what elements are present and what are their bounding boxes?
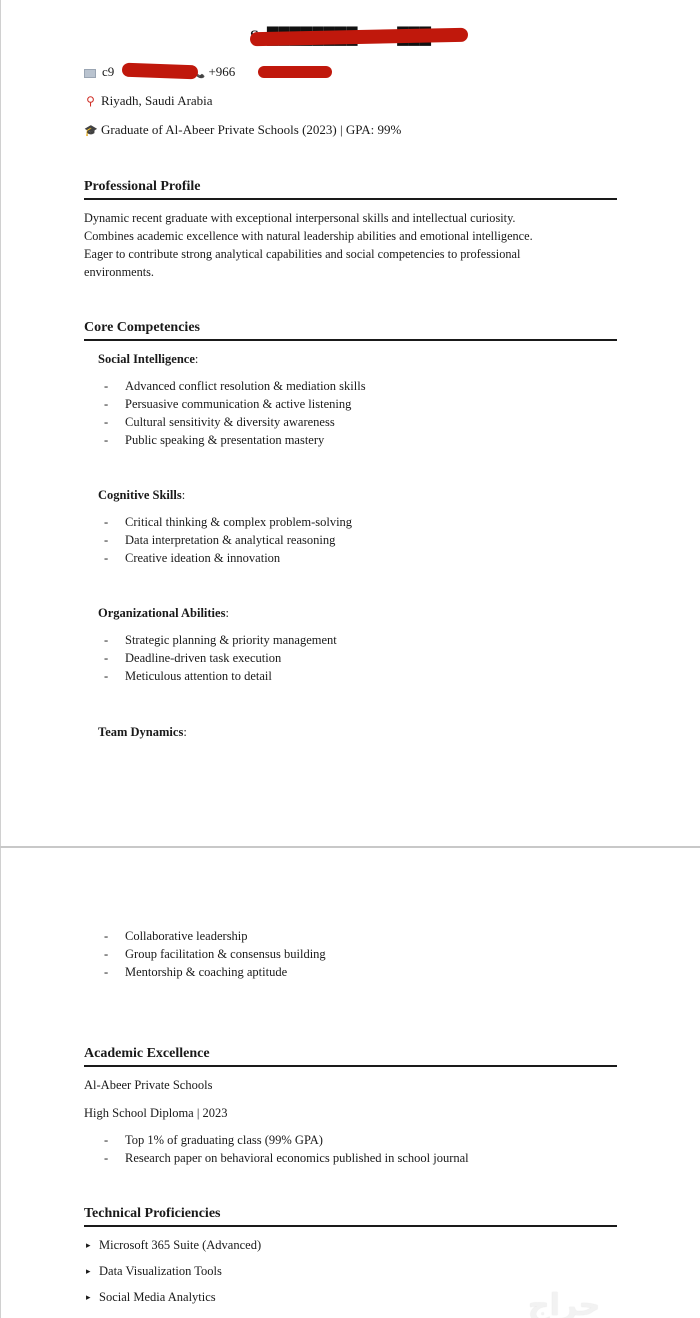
page-break	[0, 846, 700, 848]
academic-rule	[84, 1065, 617, 1067]
email-partial: c9	[102, 64, 114, 79]
list-item: Cultural sensitivity & diversity awarene…	[104, 413, 366, 431]
page-edge-bottom	[0, 848, 1, 1318]
profile-line: Eager to contribute strong analytical ca…	[84, 245, 614, 263]
profile-line: Combines academic excellence with natura…	[84, 227, 614, 245]
profile-rule	[84, 198, 617, 200]
list-item: Creative ideation & innovation	[104, 549, 352, 567]
list-item: Critical thinking & complex problem-solv…	[104, 513, 352, 531]
technical-list: Microsoft 365 Suite (Advanced) Data Visu…	[86, 1237, 261, 1315]
list-item: Strategic planning & priority management	[104, 631, 337, 649]
school-name: Al-Abeer Private Schools	[84, 1077, 212, 1093]
list-item: Microsoft 365 Suite (Advanced)	[86, 1237, 261, 1253]
competencies-rule	[84, 339, 617, 341]
list-item: Research paper on behavioral economics p…	[104, 1149, 469, 1167]
phone-redaction	[258, 66, 332, 78]
watermark-logo: حراج	[528, 1288, 600, 1318]
list-item: Advanced conflict resolution & mediation…	[104, 377, 366, 395]
team-dynamics-list: Collaborative leadership Group facilitat…	[104, 927, 326, 981]
academic-section-title: Academic Excellence	[84, 1046, 210, 1062]
list-item: Meticulous attention to detail	[104, 667, 337, 685]
profile-line: environments.	[84, 263, 614, 281]
list-item: Public speaking & presentation mastery	[104, 431, 366, 449]
list-item: Top 1% of graduating class (99% GPA)	[104, 1131, 469, 1149]
page-edge-top	[0, 0, 1, 846]
list-item: Data interpretation & analytical reasoni…	[104, 531, 352, 549]
competencies-section-title: Core Competencies	[84, 320, 200, 336]
social-intelligence-list: Advanced conflict resolution & mediation…	[104, 377, 366, 449]
list-item: Data Visualization Tools	[86, 1263, 261, 1279]
profile-section-title: Professional Profile	[84, 179, 201, 195]
location-text: Riyadh, Saudi Arabia	[101, 93, 213, 108]
phone-partial: +966	[208, 64, 235, 79]
id-card-icon	[84, 69, 96, 78]
list-item: Deadline-driven task execution	[104, 649, 337, 667]
diploma-line: High School Diploma | 2023	[84, 1105, 227, 1121]
list-item: Persuasive communication & active listen…	[104, 395, 366, 413]
competency-group-heading: Social Intelligence:	[98, 351, 198, 367]
academic-achievements-list: Top 1% of graduating class (99% GPA) Res…	[104, 1131, 469, 1167]
competency-group-heading: Team Dynamics:	[98, 724, 187, 740]
technical-section-title: Technical Proficiencies	[84, 1206, 220, 1222]
cognitive-skills-list: Critical thinking & complex problem-solv…	[104, 513, 352, 567]
location-line: ⚲Riyadh, Saudi Arabia	[84, 93, 213, 109]
profile-paragraph: Dynamic recent graduate with exceptional…	[84, 209, 614, 281]
pin-icon: ⚲	[84, 93, 97, 109]
technical-rule	[84, 1225, 617, 1227]
email-redaction	[122, 63, 198, 80]
organizational-abilities-list: Strategic planning & priority management…	[104, 631, 337, 685]
list-item: Social Media Analytics	[86, 1289, 261, 1305]
graduation-cap-icon: 🎓	[84, 123, 97, 139]
education-line: 🎓Graduate of Al-Abeer Private Schools (2…	[84, 122, 401, 139]
profile-line: Dynamic recent graduate with exceptional…	[84, 209, 614, 227]
list-item: Group facilitation & consensus building	[104, 945, 326, 963]
list-item: Collaborative leadership	[104, 927, 326, 945]
competency-group-heading: Cognitive Skills:	[98, 487, 185, 503]
education-text: Graduate of Al-Abeer Private Schools (20…	[101, 122, 401, 137]
competency-group-heading: Organizational Abilities:	[98, 605, 229, 621]
list-item: Mentorship & coaching aptitude	[104, 963, 326, 981]
